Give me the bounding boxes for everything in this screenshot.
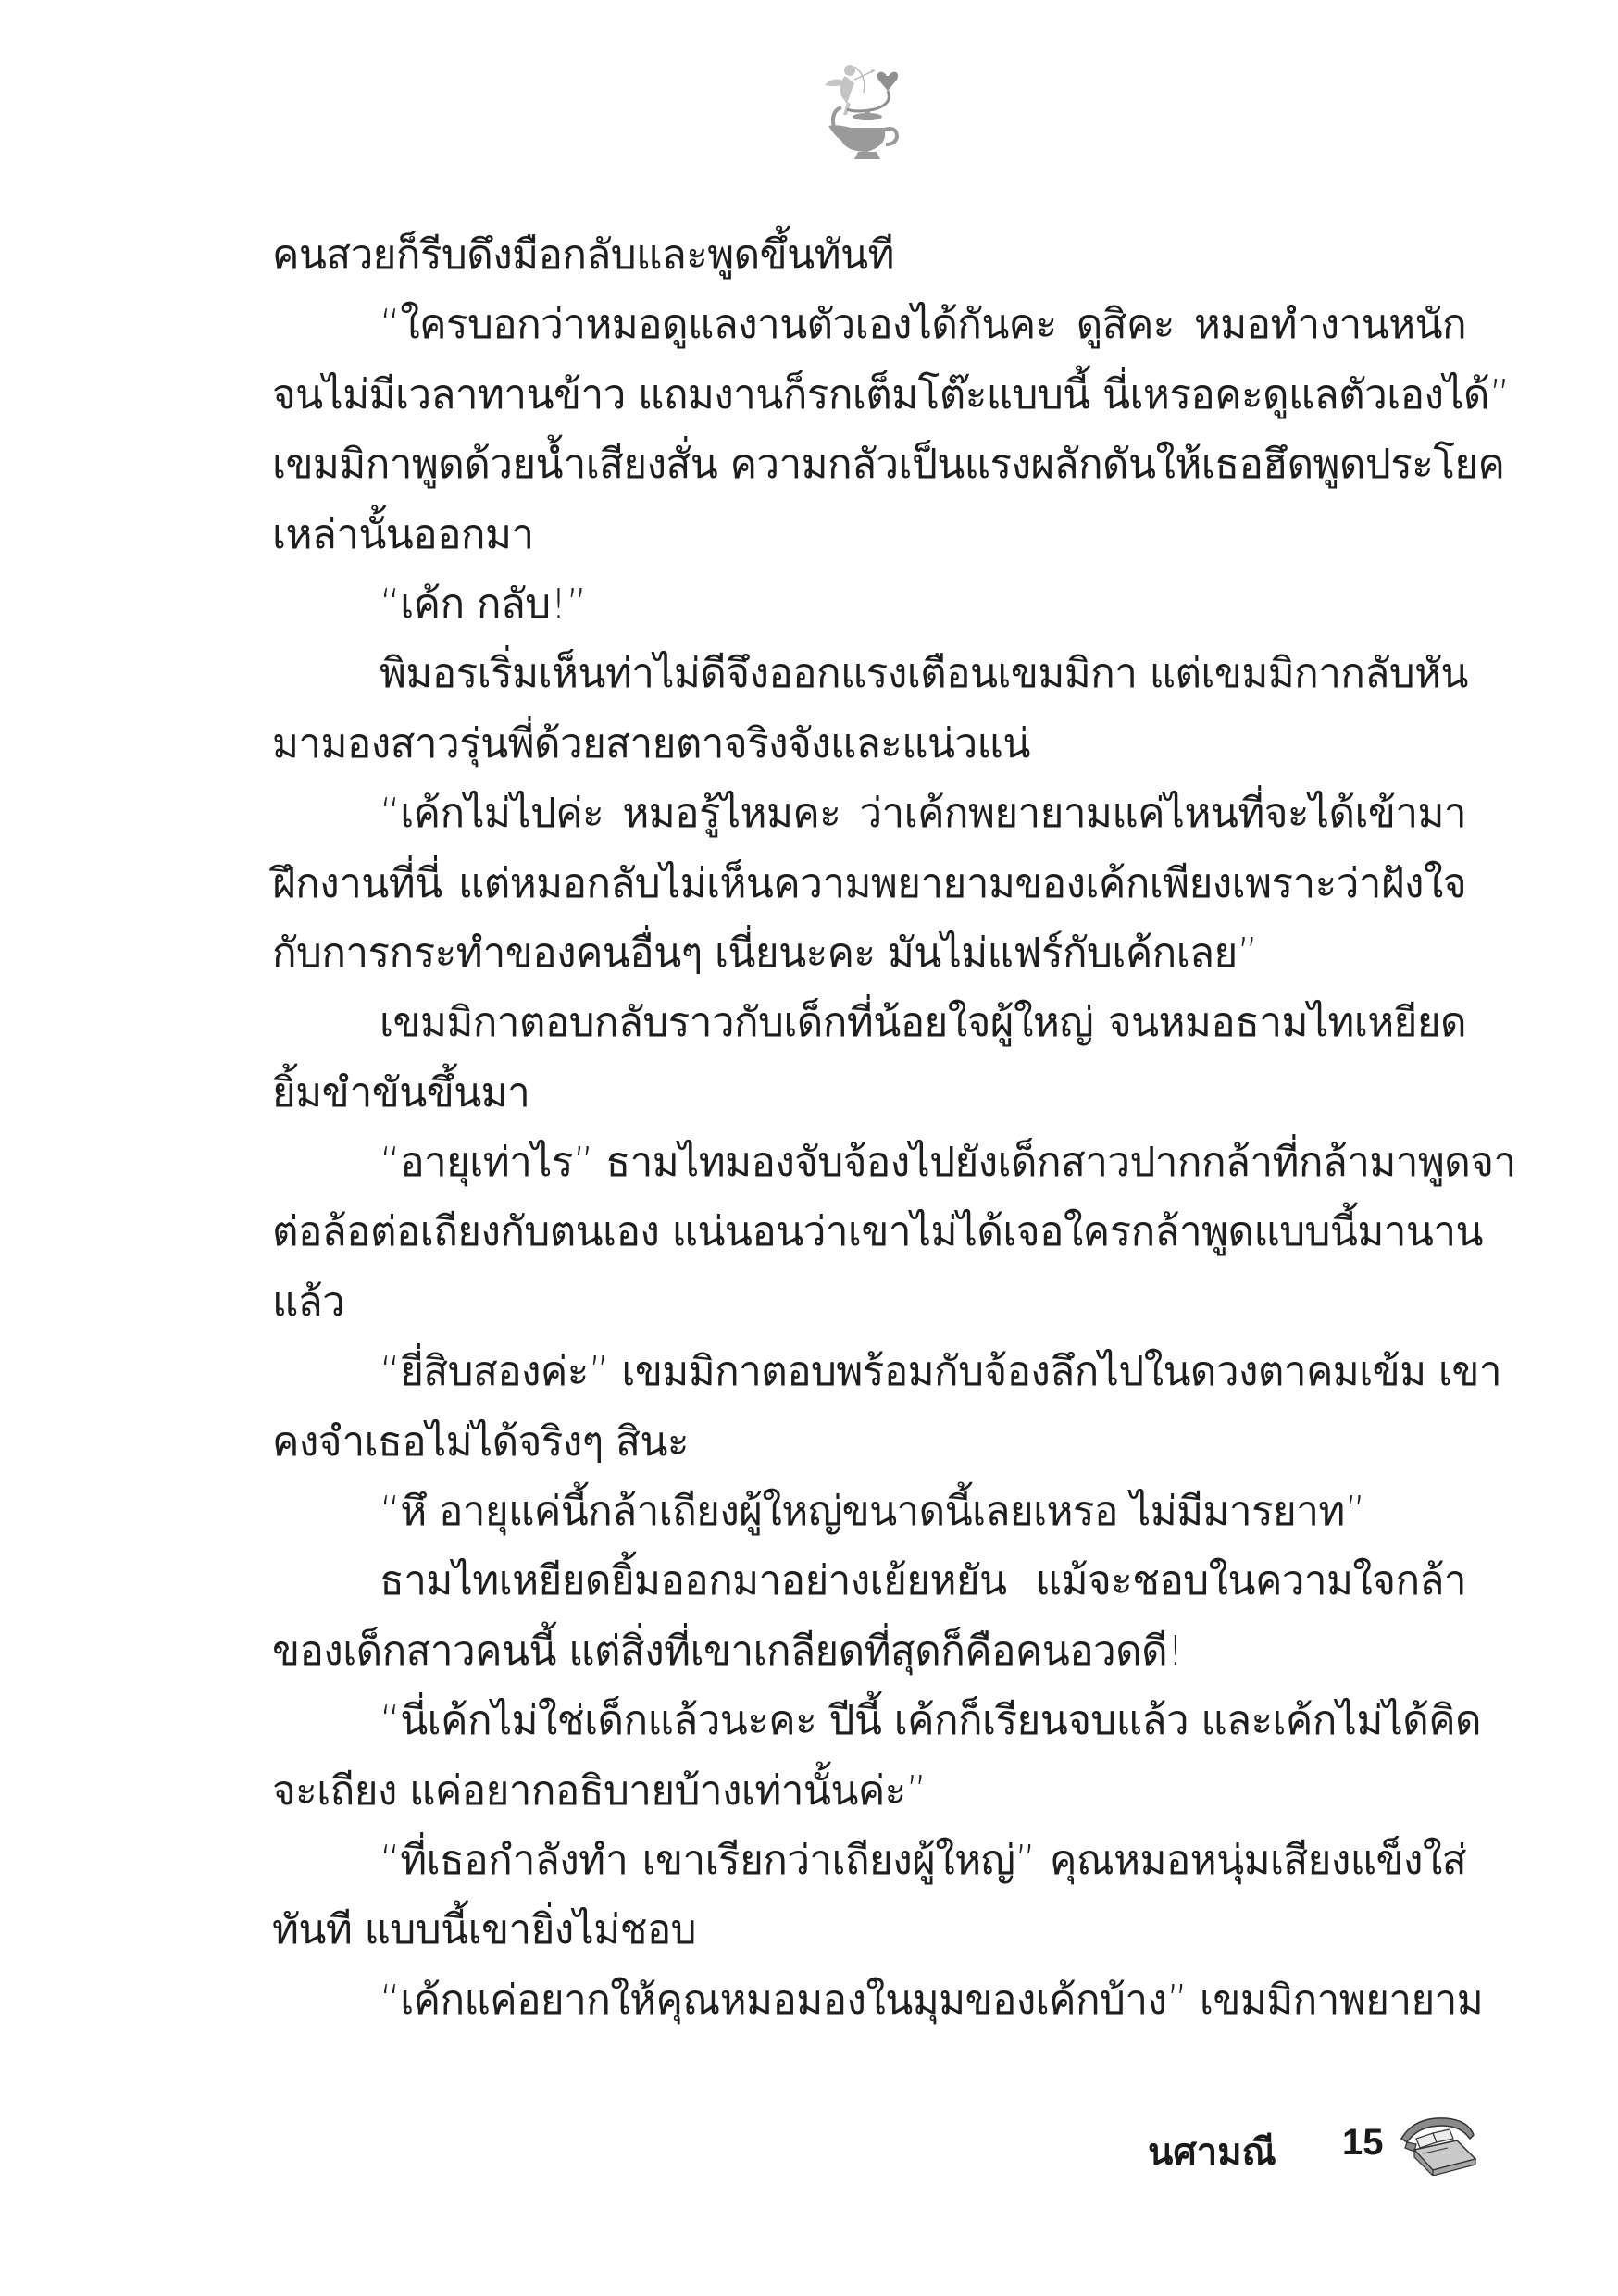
text-line: “อายุเท่าไร” ธามไทมองจับจ้องไปยังเด็กสาว… bbox=[272, 1128, 1466, 1197]
text-line: กับการกระทำของคนอื่นๆ เนี่ยนะคะ มันไม่แฟ… bbox=[272, 918, 1466, 988]
text-line: ธามไทเหยียดยิ้มออกมาอย่างเย้ยหยัน แม้จะช… bbox=[272, 1546, 1466, 1616]
text-line: “หึ อายุแค่นี้กล้าเถียงผู้ใหญ่ขนาดนี้เลย… bbox=[272, 1477, 1466, 1546]
text-line: มามองสาวรุ่นพี่ด้วยสายตาจริงจังและแน่วแน… bbox=[272, 709, 1466, 779]
text-line: ยิ้มขำขันขึ้นมา bbox=[272, 1058, 1466, 1128]
page-number: 15 bbox=[1342, 2122, 1384, 2164]
text-line: คงจำเธอไม่ได้จริงๆ สินะ bbox=[272, 1407, 1466, 1477]
text-line: จนไม่มีเวลาทานข้าว แถมงานก็รกเต็มโต๊ะแบบ… bbox=[272, 360, 1466, 430]
text-line: ต่อล้อต่อเถียงกับตนเอง แน่นอนว่าเขาไม่ได… bbox=[272, 1197, 1466, 1267]
text-line: เขมมิกาพูดด้วยน้ำเสียงสั่น ความกลัวเป็นแ… bbox=[272, 430, 1466, 499]
page-footer: นศามณี 15 bbox=[1101, 2111, 1481, 2185]
text-line: “ที่เธอกำลังทำ เขาเรียกว่าเถียงผู้ใหญ่” … bbox=[272, 1826, 1466, 1895]
text-line: จะเถียง แค่อยากอธิบายบ้างเท่านั้นค่ะ” bbox=[272, 1756, 1466, 1826]
bed-icon bbox=[1396, 2111, 1479, 2176]
text-line: เหล่านั้นออกมา bbox=[272, 500, 1466, 569]
text-line: ฝึกงานที่นี่ แต่หมอกลับไม่เห็นความพยายาม… bbox=[272, 849, 1466, 918]
author-name: นศามณี bbox=[1148, 2122, 1276, 2181]
text-line: “นี่เค้กไม่ใช่เด็กแล้วนะคะ ปีนี้ เค้กก็เ… bbox=[272, 1686, 1466, 1755]
text-line: เขมมิกาตอบกลับราวกับเด็กที่น้อยใจผู้ใหญ่… bbox=[272, 988, 1466, 1057]
text-line: “ยี่สิบสองค่ะ” เขมมิกาตอบพร้อมกับจ้องลึก… bbox=[272, 1337, 1466, 1406]
text-line: พิมอรเริ่มเห็นท่าไม่ดีจึงออกแรงเตือนเขมม… bbox=[272, 639, 1466, 708]
text-line: ทันที แบบนี้เขายิ่งไม่ชอบ bbox=[272, 1895, 1466, 1965]
cupid-genie-lamp-icon bbox=[810, 56, 921, 167]
text-line: ของเด็กสาวคนนี้ แต่สิ่งที่เขาเกลียดที่สุ… bbox=[272, 1616, 1466, 1686]
text-line: “เค้กแค่อยากให้คุณหมอมองในมุมของเค้กบ้าง… bbox=[272, 1965, 1466, 2035]
text-line: “ใครบอกว่าหมอดูแลงานตัวเองได้กันคะ ดูสิค… bbox=[272, 290, 1466, 359]
text-line: แล้ว bbox=[272, 1267, 1466, 1337]
text-line: “เค้กไม่ไปค่ะ หมอรู้ไหมคะ ว่าเค้กพยายามแ… bbox=[272, 779, 1466, 848]
page-body: คนสวยก็รีบดึงมือกลับและพูดขึ้นทันที “ใคร… bbox=[272, 220, 1466, 2035]
text-line: คนสวยก็รีบดึงมือกลับและพูดขึ้นทันที bbox=[272, 220, 1466, 290]
text-line: “เค้ก กลับ!” bbox=[272, 569, 1466, 639]
